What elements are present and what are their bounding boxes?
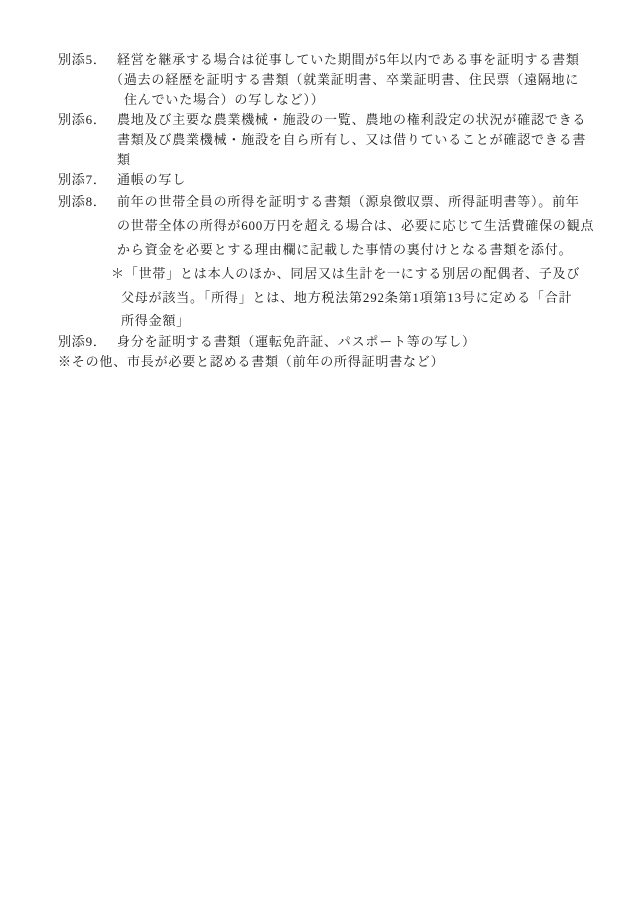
item-label: 別添9． [58,332,117,352]
item-line: 前年の世帯全員の所得を証明する書類（源泉徴収票、所得証明書等）。前年 [117,194,580,209]
item-line: （過去の経歴を証明する書類（就業証明書、卒業証明書、住民票（遠隔地に [110,70,588,90]
attachment-list: 別添5．経営を継承する場合は従事していた期間が5年以内である事を証明する書類 （… [58,50,588,372]
item-line: 農地及び主要な農業機械・施設の一覧、農地の権利設定の状況が確認できる [117,112,586,127]
item-line: 住んでいた場合）の写しなど）） [124,90,588,110]
item-line: から資金を必要とする理由欄に記載した事情の裏付けとなる書類を添付。 [117,238,588,262]
note-line: 父母が該当。「所得」とは、地方税法第292条第1項第13号に定める「合計 [121,286,588,310]
note-line: ＊「世帯」とは本人のほか、同居又は生計を一にする別居の配偶者、子及び [111,262,588,286]
note-line: 所得金額」 [121,310,588,332]
item-label: 別添5． [58,50,117,70]
item-line: 類 [117,150,588,170]
list-item-bessen-7: 別添7．通帳の写し [58,170,588,190]
item-label: 別添8． [58,190,117,214]
item-line: の世帯全体の所得が600万円を超える場合は、必要に応じて生活費確保の観点 [117,214,588,238]
item-line: 書類及び農業機械・施設を自ら所有し、又は借りていることが確認できる書 [117,130,588,150]
list-item-bessen-5: 別添5．経営を継承する場合は従事していた期間が5年以内である事を証明する書類 [58,50,588,70]
item-line: 経営を継承する場合は従事していた期間が5年以内である事を証明する書類 [117,52,580,67]
item-line: 通帳の写し [117,172,186,187]
item-label: 別添6． [58,110,117,130]
list-item-bessen-6: 別添6．農地及び主要な農業機械・施設の一覧、農地の権利設定の状況が確認できる [58,110,588,130]
document-page: 別添5．経営を継承する場合は従事していた期間が5年以内である事を証明する書類 （… [0,0,630,903]
item-line: 身分を証明する書類（運転免許証、パスポート等の写し） [117,334,476,349]
list-item-bessen-9: 別添9．身分を証明する書類（運転免許証、パスポート等の写し） [58,332,588,352]
footnote-line: ※その他、市長が必要と認める書類（前年の所得証明書など） [58,352,588,372]
item-label: 別添7． [58,170,117,190]
list-item-bessen-8: 別添8．前年の世帯全員の所得を証明する書類（源泉徴収票、所得証明書等）。前年 [58,190,588,214]
